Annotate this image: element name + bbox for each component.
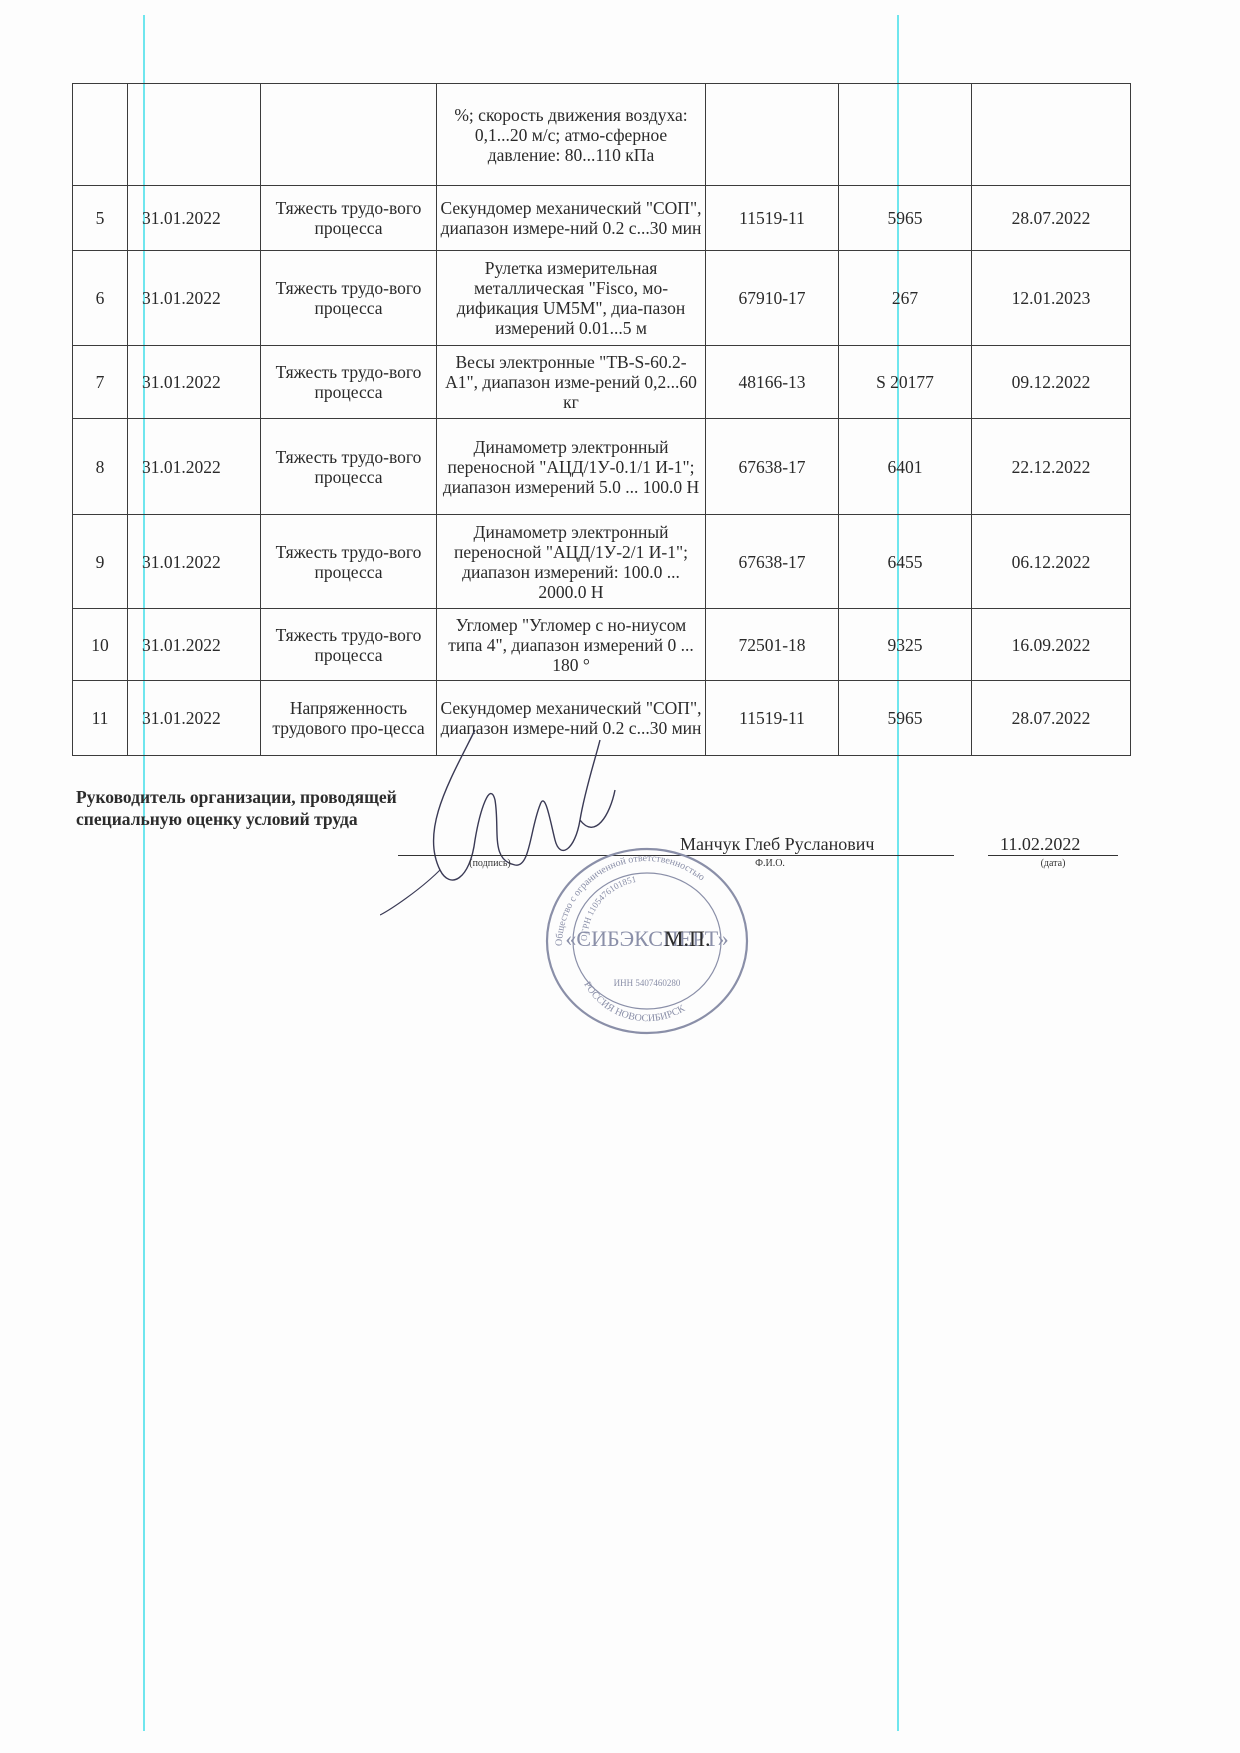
table-row: 931.01.2022Тяжесть трудо-вого процессаДи… xyxy=(73,515,1131,609)
stamp-inn: ИНН 5407460280 xyxy=(614,978,681,988)
signoff-role-line2: специальную оценку условий труда xyxy=(76,808,397,830)
instrument-description: Весы электронные "ТВ-S-60.2-А1", диапазо… xyxy=(437,346,706,419)
registry-number: 11519-11 xyxy=(706,681,839,756)
verification-valid-until: 12.01.2023 xyxy=(972,251,1131,346)
instrument-description: %; скорость движения воздуха: 0,1...20 м… xyxy=(437,84,706,186)
row-number: 11 xyxy=(73,681,128,756)
measurement-date: 31.01.2022 xyxy=(128,515,261,609)
verification-valid-until: 16.09.2022 xyxy=(972,609,1131,681)
factor-name: Тяжесть трудо-вого процесса xyxy=(261,515,437,609)
registry-number xyxy=(706,84,839,186)
registry-number: 67638-17 xyxy=(706,515,839,609)
instrument-description: Секундомер механический "СОП", диапазон … xyxy=(437,186,706,251)
measurement-date: 31.01.2022 xyxy=(128,186,261,251)
signoff-role-label: Руководитель организации, проводящей спе… xyxy=(76,786,397,830)
row-number: 10 xyxy=(73,609,128,681)
measurement-date: 31.01.2022 xyxy=(128,251,261,346)
signoff-date: 11.02.2022 xyxy=(1000,834,1080,855)
factor-name: Тяжесть трудо-вого процесса xyxy=(261,251,437,346)
measurement-date: 31.01.2022 xyxy=(128,419,261,515)
instrument-description: Динамометр электронный переносной "АЦД/1… xyxy=(437,419,706,515)
date-underline xyxy=(988,855,1118,856)
signoff-role-line1: Руководитель организации, проводящей xyxy=(76,786,397,808)
serial-number: 6455 xyxy=(839,515,972,609)
registry-number: 67910-17 xyxy=(706,251,839,346)
seal-mark-label: М.П. xyxy=(664,926,710,952)
verification-valid-until: 09.12.2022 xyxy=(972,346,1131,419)
date-caption: (дата) xyxy=(1018,858,1088,869)
company-seal-stamp: Общество с ограниченной ответственностью… xyxy=(532,846,762,1036)
verification-valid-until: 28.07.2022 xyxy=(972,186,1131,251)
table-row: %; скорость движения воздуха: 0,1...20 м… xyxy=(73,84,1131,186)
measurement-date: 31.01.2022 xyxy=(128,681,261,756)
factor-name: Тяжесть трудо-вого процесса xyxy=(261,419,437,515)
table-row: 831.01.2022Тяжесть трудо-вого процессаДи… xyxy=(73,419,1131,515)
serial-number: S 20177 xyxy=(839,346,972,419)
row-number: 8 xyxy=(73,419,128,515)
row-number xyxy=(73,84,128,186)
serial-number: 9325 xyxy=(839,609,972,681)
row-number: 5 xyxy=(73,186,128,251)
serial-number: 5965 xyxy=(839,186,972,251)
registry-number: 48166-13 xyxy=(706,346,839,419)
verification-valid-until xyxy=(972,84,1131,186)
registry-number: 11519-11 xyxy=(706,186,839,251)
serial-number: 6401 xyxy=(839,419,972,515)
serial-number: 5965 xyxy=(839,681,972,756)
serial-number xyxy=(839,84,972,186)
table-row: 1031.01.2022Тяжесть трудо-вого процессаУ… xyxy=(73,609,1131,681)
instrument-description: Динамометр электронный переносной "АЦД/1… xyxy=(437,515,706,609)
verification-valid-until: 28.07.2022 xyxy=(972,681,1131,756)
factor-name: Тяжесть трудо-вого процесса xyxy=(261,346,437,419)
table-row: 531.01.2022Тяжесть трудо-вого процессаСе… xyxy=(73,186,1131,251)
row-number: 9 xyxy=(73,515,128,609)
signature-caption: (подпись) xyxy=(440,858,540,869)
factor-name xyxy=(261,84,437,186)
row-number: 6 xyxy=(73,251,128,346)
row-number: 7 xyxy=(73,346,128,419)
factor-name: Тяжесть трудо-вого процесса xyxy=(261,609,437,681)
measurement-date: 31.01.2022 xyxy=(128,346,261,419)
measurement-instruments-table: %; скорость движения воздуха: 0,1...20 м… xyxy=(72,83,1131,756)
verification-valid-until: 06.12.2022 xyxy=(972,515,1131,609)
measurement-date xyxy=(128,84,261,186)
table-row: 731.01.2022Тяжесть трудо-вого процессаВе… xyxy=(73,346,1131,419)
measurement-date: 31.01.2022 xyxy=(128,609,261,681)
registry-number: 67638-17 xyxy=(706,419,839,515)
serial-number: 267 xyxy=(839,251,972,346)
verification-valid-until: 22.12.2022 xyxy=(972,419,1131,515)
instrument-description: Рулетка измерительная металлическая "Fis… xyxy=(437,251,706,346)
factor-name: Тяжесть трудо-вого процесса xyxy=(261,186,437,251)
registry-number: 72501-18 xyxy=(706,609,839,681)
table-row: 631.01.2022Тяжесть трудо-вого процессаРу… xyxy=(73,251,1131,346)
instrument-description: Угломер "Угломер с но-ниусом типа 4", ди… xyxy=(437,609,706,681)
